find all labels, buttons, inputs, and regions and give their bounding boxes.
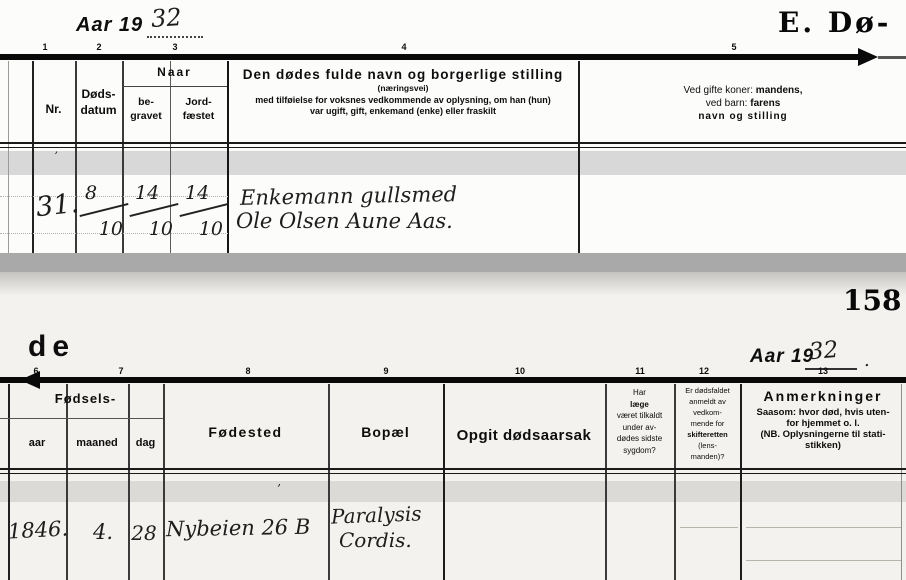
- scan-join-band-light-bottom: [0, 481, 906, 502]
- header-fodested: Fødested: [165, 424, 326, 440]
- record-jordfaestet-date: 14 10: [182, 186, 226, 236]
- vertical-rule: [32, 61, 34, 253]
- header-navn-sub: (næringsvei): [232, 84, 574, 94]
- record-name-line1: Enkemann gullsmed: [240, 182, 458, 210]
- column-number-2: 2: [96, 42, 101, 52]
- column-number-12: 12: [699, 366, 709, 376]
- column-number-4: 4: [401, 42, 406, 52]
- fraction-bar: [130, 203, 179, 217]
- vertical-rule: [8, 384, 10, 580]
- faint-guide: [746, 560, 901, 561]
- continuation-arrow-left-icon: [20, 371, 40, 389]
- column-number-5: 5: [731, 42, 736, 52]
- header-begravet: be- gravet: [122, 95, 170, 123]
- column-number-10: 10: [515, 366, 525, 376]
- vertical-rule: [740, 384, 742, 580]
- header-bopael: Bopæl: [330, 424, 441, 440]
- header-naar: Naar: [122, 66, 227, 80]
- vertical-rule: [227, 61, 229, 253]
- page-number: 158: [843, 284, 901, 317]
- naar-subdivider: [122, 86, 227, 87]
- stray-pen-mark: ʼ: [54, 150, 58, 163]
- bottom-year-handwritten: 32: [808, 337, 839, 365]
- header-navn-title: Den dødes fulde navn og borgerlige still…: [232, 67, 574, 83]
- record-begravet-date: 14 10: [132, 186, 176, 236]
- bottom-table-top-rule: [0, 377, 906, 383]
- record-nr: 31.: [34, 188, 80, 223]
- faint-guide: [680, 527, 738, 528]
- header-laege: Har læge været tilkaldt under av- dødes …: [606, 387, 673, 456]
- column-number-1: 1: [42, 42, 47, 52]
- fodsels-subdivider: [0, 418, 163, 419]
- header-skifterett: Er dødsfaldet anmeldt av vedkom- mende f…: [676, 385, 739, 462]
- scan-texture-fade: [0, 272, 906, 296]
- header-jordfaestet: Jord- fæstet: [170, 95, 227, 123]
- death-register-scan: Aar 19 32 E. Dø- 1 2 3 4 5 Nr. Døds- dat…: [0, 0, 906, 580]
- top-rule-tail: [878, 56, 906, 59]
- header-fodsels: Fødsels-: [8, 392, 163, 407]
- record-dodsdatum: 8 10: [82, 186, 126, 236]
- continuation-arrow-right-icon: [858, 48, 878, 66]
- header-dodsaarsak: Opgit dødsaarsak: [445, 427, 603, 444]
- header-aar: aar: [8, 437, 66, 450]
- header-dag: dag: [128, 437, 163, 450]
- record-birth-month: 4.: [86, 520, 120, 544]
- fraction-bar: [180, 203, 229, 217]
- vertical-rule: [163, 384, 165, 580]
- record-name-line2: Ole Olsen Aune Aas.: [236, 209, 453, 233]
- vertical-rule: [8, 61, 9, 253]
- top-table-top-rule: [0, 54, 868, 60]
- header-navn-note1: med tilføielse for voksnes vedkommende a…: [228, 95, 578, 105]
- header-anmerkninger: Anmerkninger Saasom: hvor død, hvis uten…: [744, 388, 902, 451]
- header-koner: Ved gifte koner: mandens, ved barn: fare…: [580, 84, 906, 123]
- fraction-bar: [80, 203, 129, 217]
- header-dodsdatum: Døds- datum: [75, 86, 122, 118]
- record-birth-year: 1846.: [7, 516, 68, 543]
- header-nr: Nr.: [32, 103, 75, 117]
- column-number-7: 7: [118, 366, 123, 376]
- top-year-label: Aar 19: [76, 14, 143, 37]
- header-maaned: maaned: [66, 437, 128, 450]
- vertical-rule: [66, 384, 68, 580]
- vertical-rule: [443, 384, 445, 580]
- top-year-handwritten: 32: [150, 3, 182, 33]
- column-number-11: 11: [635, 366, 645, 376]
- bottom-year-period: .: [864, 350, 870, 371]
- column-number-13: 13: [818, 366, 828, 376]
- bottom-year-label: Aar 19: [750, 346, 814, 368]
- vertical-rule: [328, 384, 330, 580]
- double-rule: [0, 468, 906, 470]
- record-birth-day: 28: [125, 521, 163, 545]
- record-birthplace: Nybeien 26 B: [166, 515, 311, 542]
- section-title-bottom: de: [28, 330, 75, 365]
- bottom-year-underline: [805, 368, 857, 370]
- section-title-top: E. Dø-: [778, 6, 891, 39]
- top-year-underline: [147, 36, 203, 38]
- column-number-8: 8: [245, 366, 250, 376]
- scan-join-band-light-top: [0, 151, 906, 175]
- vertical-rule: [128, 384, 130, 580]
- double-rule: [0, 142, 906, 144]
- record-cause-line1: Paralysis: [331, 501, 422, 528]
- record-cause-line2: Cordis.: [339, 528, 412, 552]
- stray-pen-mark: ’: [277, 482, 281, 496]
- double-rule: [0, 147, 906, 149]
- column-number-9: 9: [383, 366, 388, 376]
- double-rule: [0, 473, 906, 475]
- scan-join-band-dark: [0, 253, 906, 272]
- column-number-3: 3: [172, 42, 177, 52]
- faint-guide: [746, 527, 901, 528]
- header-navn-note2: var ugift, gift, enkemand (enke) eller f…: [228, 106, 578, 116]
